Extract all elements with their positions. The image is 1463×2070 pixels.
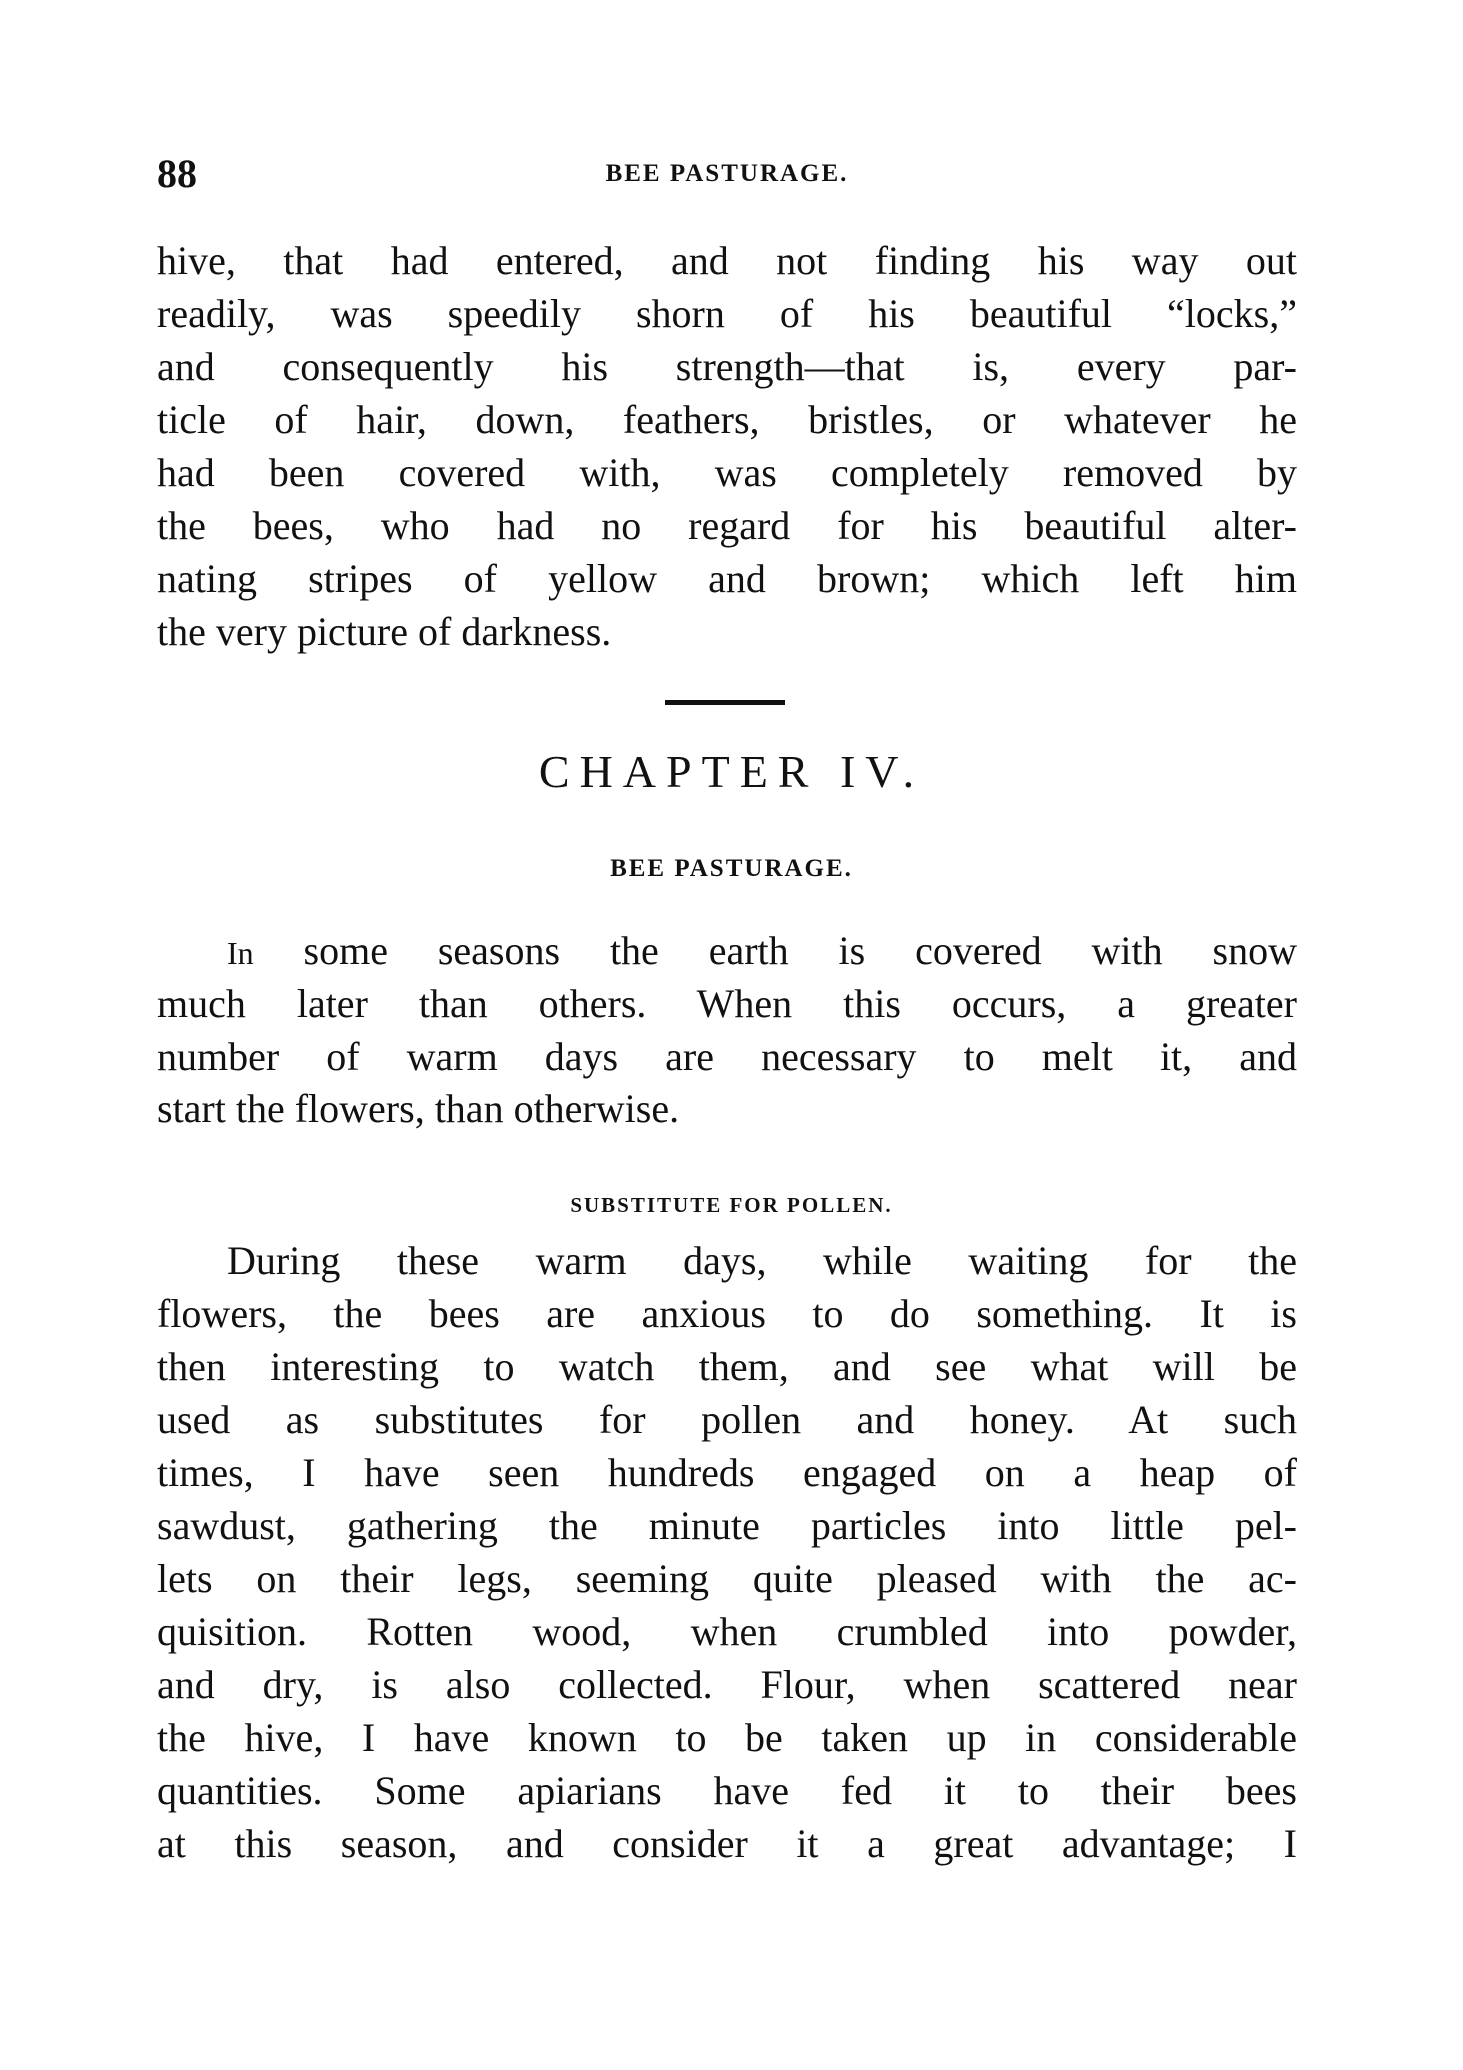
text-line: During these warm days, while waiting fo… (227, 1234, 1297, 1287)
text-line: used as substitutes for pollen and honey… (157, 1393, 1297, 1446)
dropcap: In (227, 935, 254, 971)
text-line-with-dropcap: In some seasons the earth is covered wit… (227, 924, 1297, 977)
text-line: the hive, I have known to be taken up in… (157, 1711, 1297, 1764)
section-divider (665, 700, 785, 705)
text-line: quantities. Some apiarians have fed it t… (157, 1764, 1297, 1817)
running-title: BEE PASTURAGE. (157, 160, 1297, 188)
text-line: at this season, and consider it a great … (157, 1817, 1297, 1870)
text-line: the bees, who had no regard for his beau… (157, 499, 1297, 552)
chapter-subtitle: BEE PASTURAGE. (0, 855, 1463, 883)
text-line: and consequently his strength—that is, e… (157, 340, 1297, 393)
text-line: times, I have seen hundreds engaged on a… (157, 1446, 1297, 1499)
section-heading: SUBSTITUTE FOR POLLEN. (0, 1193, 1463, 1218)
text-line: much later than others. When this occurs… (157, 977, 1297, 1030)
chapter-title: CHAPTER IV. (0, 745, 1463, 798)
text-line: number of warm days are necessary to mel… (157, 1030, 1297, 1083)
text-line: sawdust, gathering the minute particles … (157, 1499, 1297, 1552)
text-line: had been covered with, was completely re… (157, 446, 1297, 499)
text-line: nating stripes of yellow and brown; whic… (157, 552, 1297, 605)
text-line: quisition. Rotten wood, when crumbled in… (157, 1605, 1297, 1658)
text-line: the very picture of darkness. (157, 605, 1297, 658)
text-line: lets on their legs, seeming quite please… (157, 1552, 1297, 1605)
text-line: then interesting to watch them, and see … (157, 1340, 1297, 1393)
text-fragment: some seasons the earth is covered with s… (254, 928, 1297, 973)
text-line: readily, was speedily shorn of his beaut… (157, 287, 1297, 340)
text-line: flowers, the bees are anxious to do some… (157, 1287, 1297, 1340)
text-line: hive, that had entered, and not finding … (157, 234, 1297, 287)
text-line: start the flowers, than otherwise. (157, 1082, 1297, 1135)
page-header: 88 BEE PASTURAGE. (157, 150, 1297, 194)
text-line: and dry, is also collected. Flour, when … (157, 1658, 1297, 1711)
text-line: ticle of hair, down, feathers, bristles,… (157, 393, 1297, 446)
